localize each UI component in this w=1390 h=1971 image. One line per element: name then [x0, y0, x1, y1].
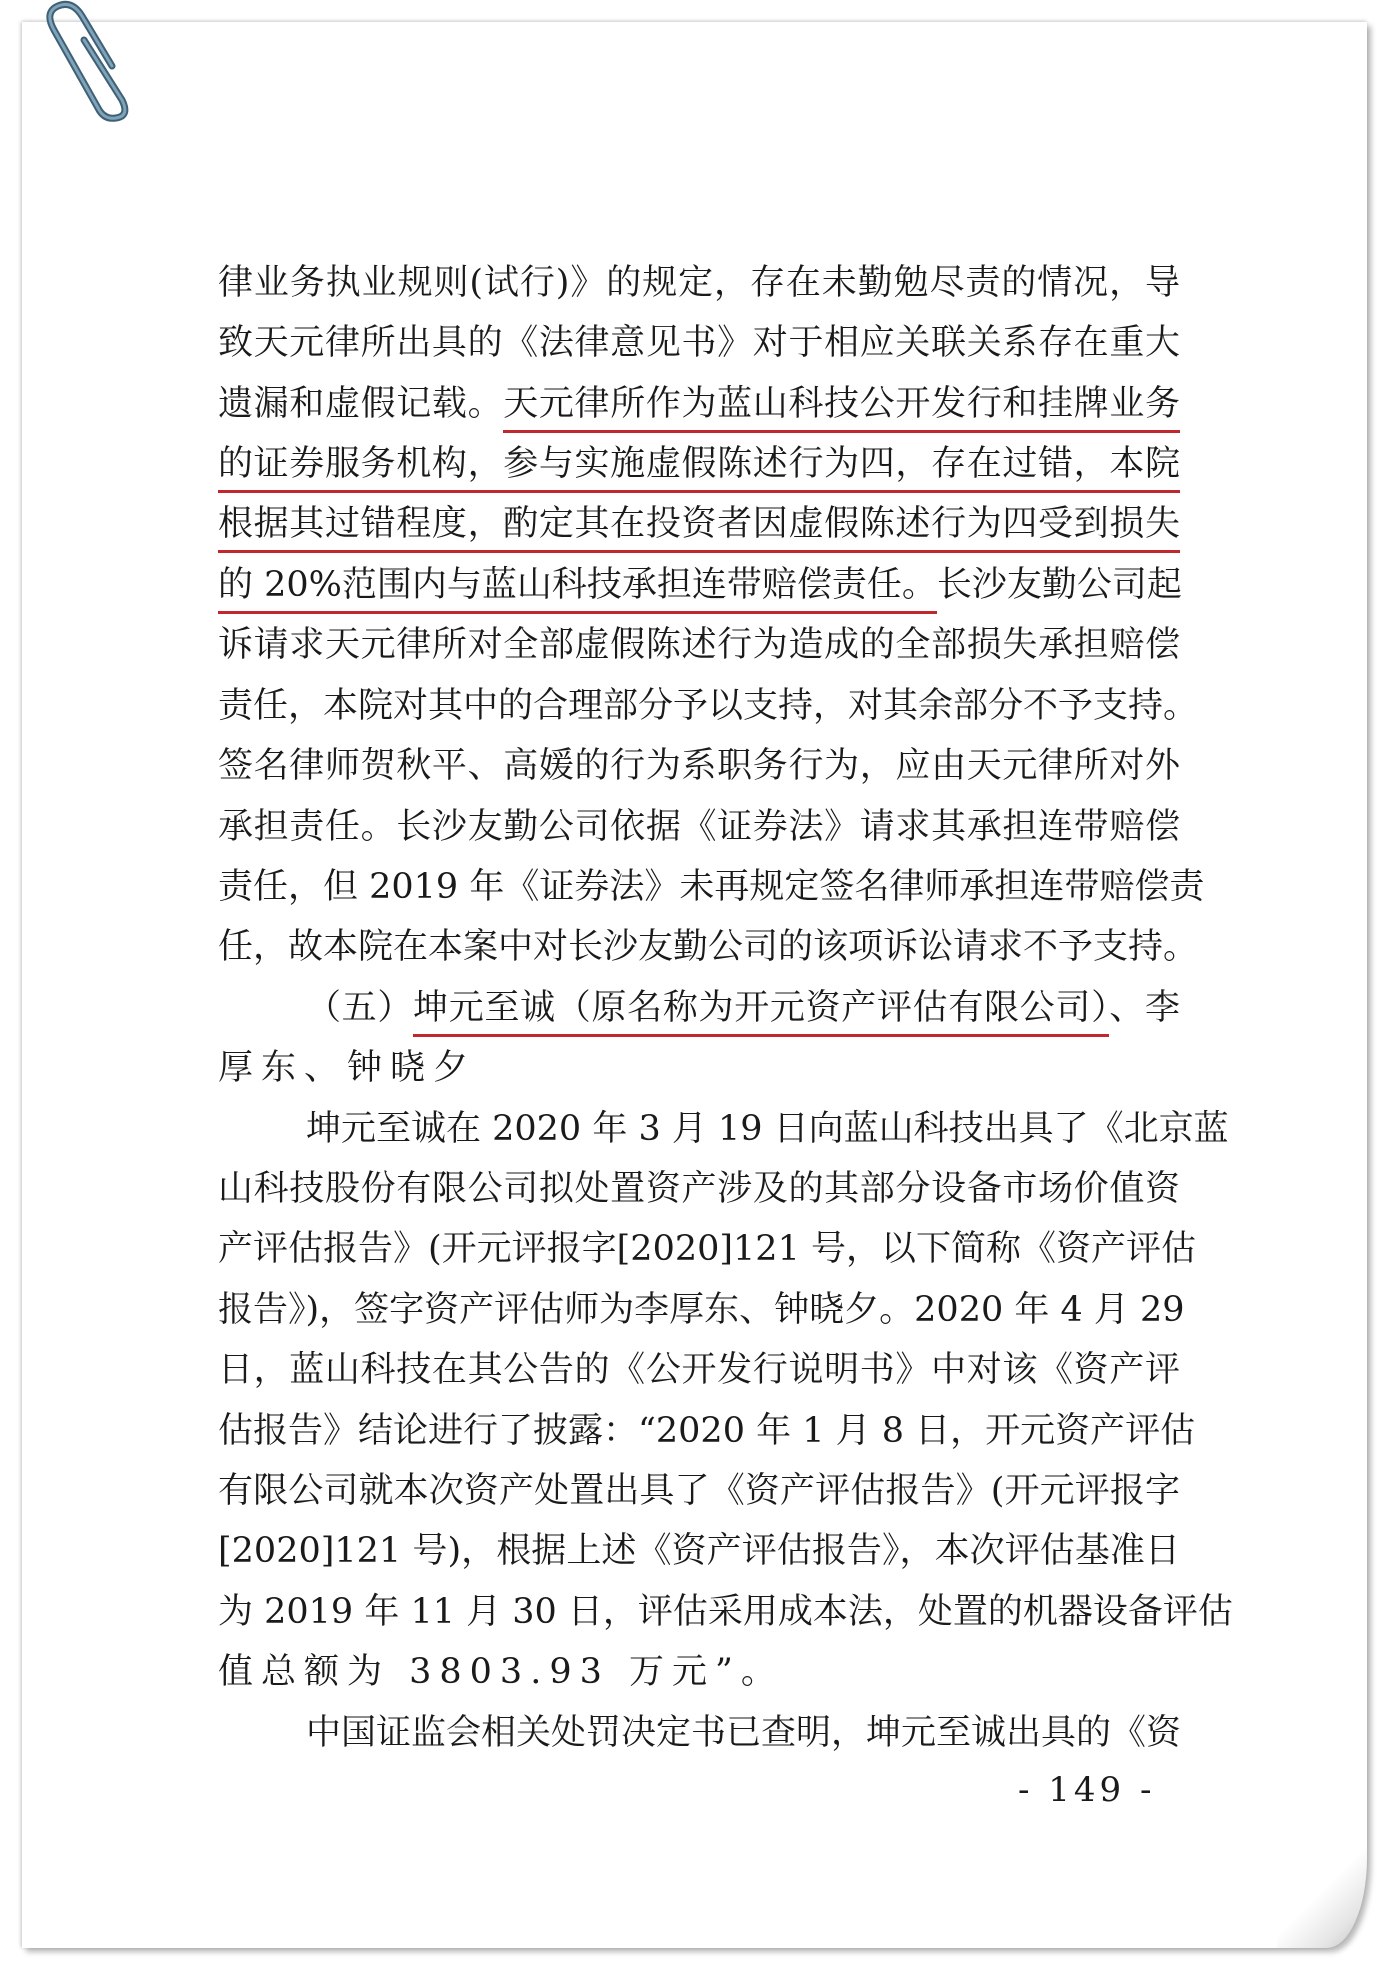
text-line: 产评估报告》(开元评报字[2020]121 号，以下简称《资产评估	[218, 1227, 1180, 1271]
text-line: 报告》)，签字资产评估师为李厚东、钟晓夕。2020 年 4 月 29	[218, 1288, 1180, 1332]
text-line: 的 20%范围内与蓝山科技承担连带赔偿责任。长沙友勤公司起	[218, 563, 1180, 607]
text-line: 承担责任。长沙友勤公司依据《证券法》请求其承担连带赔偿	[218, 805, 1180, 849]
paperclip-icon	[36, 0, 136, 122]
text-line: 任，故本院在本案中对长沙友勤公司的该项诉讼请求不予支持。	[218, 925, 1180, 969]
text-line: 根据其过错程度，酌定其在投资者因虚假陈述行为四受到损失	[218, 502, 1180, 546]
text-line: 致天元律所出具的《法律意见书》对于相应关联关系存在重大	[218, 321, 1180, 365]
text-line: 中国证监会相关处罚决定书已查明，坤元至诚出具的《资	[306, 1711, 1180, 1755]
text-line: 值总额为 3803.93 万元”。	[218, 1650, 1180, 1694]
text-line: 坤元至诚在 2020 年 3 月 19 日向蓝山科技出具了《北京蓝	[306, 1107, 1180, 1151]
text-line: 诉请求天元律所对全部虚假陈述行为造成的全部损失承担赔偿	[218, 623, 1180, 667]
text-line: 日，蓝山科技在其公告的《公开发行说明书》中对该《资产评	[218, 1348, 1180, 1392]
highlighted-text: 的证券服务机构，参与实施虚假陈述行为四，存在过错，本院	[218, 444, 1180, 493]
text-line: [2020]121 号)，根据上述《资产评估报告》，本次评估基准日	[218, 1529, 1180, 1573]
text-line: 律业务执业规则(试行)》的规定，存在未勤勉尽责的情况，导	[218, 261, 1180, 305]
section-heading: （五）坤元至诚（原名称为开元资产评估有限公司）、李	[306, 986, 1180, 1030]
text-line: 为 2019 年 11 月 30 日，评估采用成本法，处置的机器设备评估	[218, 1590, 1180, 1634]
text-line: 有限公司就本次资产处置出具了《资产评估报告》(开元评报字	[218, 1469, 1180, 1513]
text-line: 责任，本院对其中的合理部分予以支持，对其余部分不予支持。	[218, 684, 1180, 728]
text-line: 签名律师贺秋平、高媛的行为系职务行为，应由天元律所对外	[218, 744, 1180, 788]
highlighted-text: 天元律所作为蓝山科技公开发行和挂牌业务	[503, 384, 1180, 433]
text-line: 厚东、钟晓夕	[218, 1046, 1180, 1090]
highlighted-text: 的 20%范围内与蓝山科技承担连带赔偿责任。	[218, 565, 937, 614]
text-line: 山科技股份有限公司拟处置资产涉及的其部分设备市场价值资	[218, 1167, 1180, 1211]
text-line: 遗漏和虚假记载。天元律所作为蓝山科技公开发行和挂牌业务	[218, 382, 1180, 426]
text-line: 估报告》结论进行了披露：“2020 年 1 月 8 日，开元资产评估	[218, 1409, 1180, 1453]
page-curl	[1277, 1808, 1367, 1948]
text-line: 的证券服务机构，参与实施虚假陈述行为四，存在过错，本院	[218, 442, 1180, 486]
highlighted-text: 根据其过错程度，酌定其在投资者因虚假陈述行为四受到损失	[218, 504, 1180, 553]
highlighted-text: 坤元至诚（原名称为开元资产评估有限公司）	[413, 988, 1109, 1037]
text-line: 责任，但 2019 年《证券法》未再规定签名律师承担连带赔偿责	[218, 865, 1180, 909]
page-number: - 149 -	[1018, 1770, 1138, 1810]
